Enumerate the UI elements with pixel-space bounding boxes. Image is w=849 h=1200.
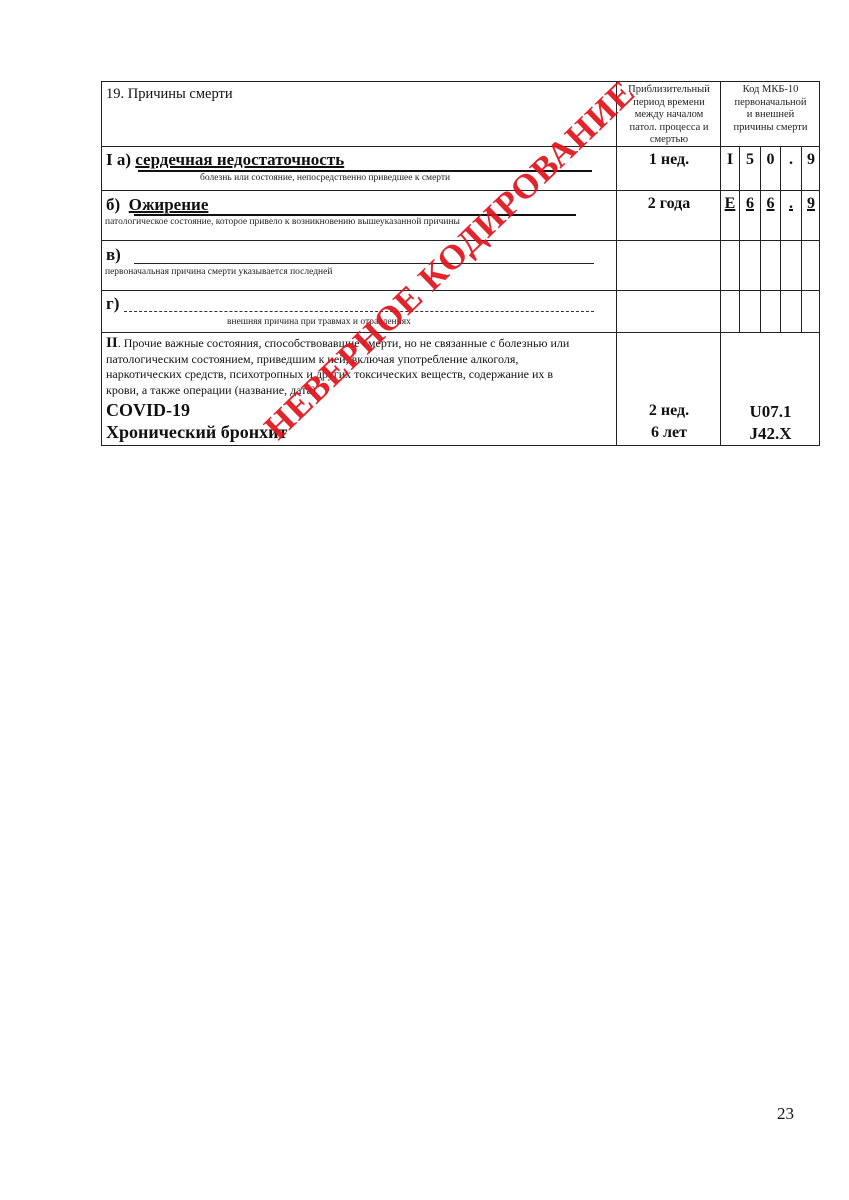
cause-row-v: в)	[106, 245, 121, 265]
code-char: 9	[802, 151, 820, 169]
cause-row-g: г)	[106, 294, 119, 314]
code-char: .	[781, 195, 801, 213]
cause-value: сердечная недостаточность	[135, 150, 344, 169]
code-char: 9	[802, 195, 820, 213]
part-two-entry-name: COVID-19	[106, 400, 190, 421]
cause-value: Ожирение	[129, 195, 209, 214]
code-char: 6	[740, 195, 760, 213]
part-two-code: U07.1	[722, 402, 819, 422]
row-divider	[102, 190, 819, 191]
code-cell-divider	[801, 146, 802, 332]
code-char: E	[721, 195, 739, 213]
code-cell-divider	[739, 146, 740, 332]
part-two-period: 6 лет	[618, 424, 720, 442]
icd-code-header: Код МКБ-10 первоначальной и внешней прич…	[722, 84, 819, 134]
period-value: 1 нед.	[618, 151, 720, 169]
col-divider	[720, 82, 721, 445]
cause-row-ia: I а) сердечная недостаточность	[106, 150, 344, 170]
code-cell-divider	[760, 146, 761, 332]
cause-hint: болезнь или состояние, непосредственно п…	[200, 173, 450, 183]
cause-hint: патологическое состояние, которое привел…	[105, 217, 460, 227]
row-divider	[102, 290, 819, 291]
code-char: .	[781, 151, 801, 169]
page-number: 23	[777, 1104, 794, 1124]
code-char: I	[721, 151, 739, 169]
code-char: 0	[761, 151, 780, 169]
section-title: 19. Причины смерти	[106, 86, 233, 103]
part-two-period: 2 нед.	[618, 402, 720, 420]
fill-line	[134, 263, 594, 264]
cause-hint: первоначальная причина смерти указываетс…	[105, 267, 332, 277]
row-divider	[102, 332, 819, 333]
cause-row-b: б) Ожирение	[106, 195, 208, 215]
period-value: 2 года	[618, 195, 720, 213]
part-two-code: J42.X	[722, 424, 819, 444]
code-cell-divider	[780, 146, 781, 332]
code-char: 5	[740, 151, 760, 169]
fill-line	[124, 311, 594, 312]
col-divider	[616, 82, 617, 445]
code-char: 6	[761, 195, 780, 213]
